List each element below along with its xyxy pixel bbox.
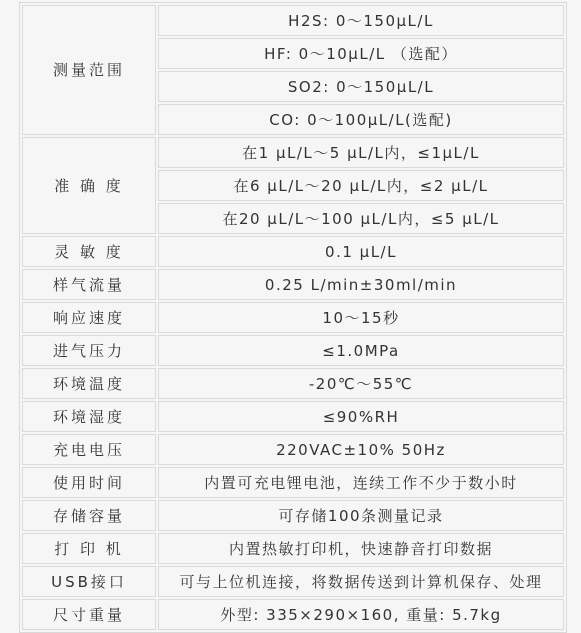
spec-label-ambient-humidity: 环境湿度 [22, 401, 156, 432]
spec-row: 环境温度-20℃～55℃ [22, 368, 564, 399]
spec-value-response-speed-0: 10～15秒 [158, 302, 564, 333]
spec-label-accuracy: 准 确 度 [22, 137, 156, 234]
spec-value-inlet-pressure-0: ≤1.0MPa [158, 335, 564, 366]
spec-row: 环境湿度≤90%RH [22, 401, 564, 432]
spec-value-measuring-range-1: HF: 0～10μL/L （选配） [158, 38, 564, 69]
spec-row: 进气压力≤1.0MPa [22, 335, 564, 366]
spec-row: 存储容量可存储100条测量记录 [22, 500, 564, 531]
spec-value-measuring-range-2: SO2: 0～150μL/L [158, 71, 564, 102]
spec-row: 准 确 度在1 μL/L～5 μL/L内，≤1μL/L [22, 137, 564, 168]
spec-value-usb-port-0: 可与上位机连接，将数据传送到计算机保存、处理 [158, 566, 564, 597]
spec-table: 测量范围H2S: 0～150μL/LHF: 0～10μL/L （选配）SO2: … [19, 2, 567, 633]
spec-value-storage-capacity-0: 可存储100条测量记录 [158, 500, 564, 531]
spec-label-operating-time: 使用时间 [22, 467, 156, 498]
spec-label-size-weight: 尺寸重量 [22, 599, 156, 630]
spec-row: 充电电压220VAC±10% 50Hz [22, 434, 564, 465]
spec-row: USB接口可与上位机连接，将数据传送到计算机保存、处理 [22, 566, 564, 597]
spec-value-printer-0: 内置热敏打印机，快速静音打印数据 [158, 533, 564, 564]
spec-label-sample-gas-flow: 样气流量 [22, 269, 156, 300]
spec-value-ambient-temperature-0: -20℃～55℃ [158, 368, 564, 399]
spec-value-accuracy-1: 在6 μL/L～20 μL/L内，≤2 μL/L [158, 170, 564, 201]
spec-value-accuracy-0: 在1 μL/L～5 μL/L内，≤1μL/L [158, 137, 564, 168]
spec-label-charging-voltage: 充电电压 [22, 434, 156, 465]
spec-label-printer: 打 印 机 [22, 533, 156, 564]
spec-row: 响应速度10～15秒 [22, 302, 564, 333]
spec-table-body: 测量范围H2S: 0～150μL/LHF: 0～10μL/L （选配）SO2: … [22, 5, 564, 630]
spec-value-measuring-range-3: CO: 0～100μL/L(选配) [158, 104, 564, 135]
spec-row: 样气流量0.25 L/min±30ml/min [22, 269, 564, 300]
spec-row: 尺寸重量外型: 335×290×160, 重量: 5.7kg [22, 599, 564, 630]
spec-label-usb-port: USB接口 [22, 566, 156, 597]
spec-label-sensitivity: 灵 敏 度 [22, 236, 156, 267]
spec-row: 测量范围H2S: 0～150μL/L [22, 5, 564, 36]
spec-value-operating-time-0: 内置可充电锂电池，连续工作不少于数小时 [158, 467, 564, 498]
spec-value-accuracy-2: 在20 μL/L～100 μL/L内，≤5 μL/L [158, 203, 564, 234]
spec-row: 打 印 机内置热敏打印机，快速静音打印数据 [22, 533, 564, 564]
spec-row: 使用时间内置可充电锂电池，连续工作不少于数小时 [22, 467, 564, 498]
spec-value-ambient-humidity-0: ≤90%RH [158, 401, 564, 432]
spec-row: 灵 敏 度0.1 μL/L [22, 236, 564, 267]
spec-value-charging-voltage-0: 220VAC±10% 50Hz [158, 434, 564, 465]
spec-label-measuring-range: 测量范围 [22, 5, 156, 135]
spec-label-inlet-pressure: 进气压力 [22, 335, 156, 366]
spec-label-ambient-temperature: 环境温度 [22, 368, 156, 399]
spec-label-storage-capacity: 存储容量 [22, 500, 156, 531]
spec-value-sensitivity-0: 0.1 μL/L [158, 236, 564, 267]
spec-value-sample-gas-flow-0: 0.25 L/min±30ml/min [158, 269, 564, 300]
spec-value-measuring-range-0: H2S: 0～150μL/L [158, 5, 564, 36]
spec-value-size-weight-0: 外型: 335×290×160, 重量: 5.7kg [158, 599, 564, 630]
spec-label-response-speed: 响应速度 [22, 302, 156, 333]
